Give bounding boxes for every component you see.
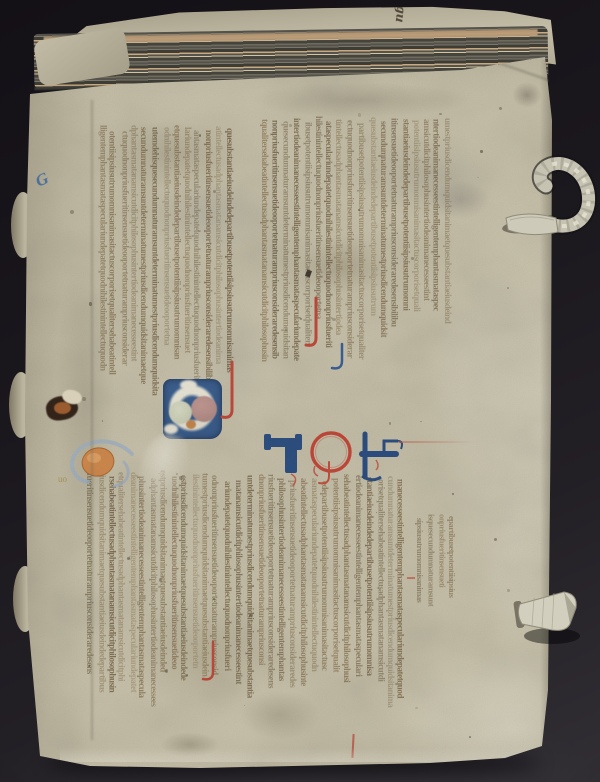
script-line: um est prius dicendum quid sit anima et … [441, 118, 452, 389]
ink-speck [249, 614, 252, 617]
ink-speck [480, 150, 482, 153]
spine-crease [91, 100, 93, 740]
blue-paraph [329, 342, 332, 361]
blue-scribble: G [36, 170, 56, 190]
ink-speck [70, 210, 74, 214]
blue-scribble: G [32, 168, 51, 191]
script-line: ma necesse est intelligentem phantasmata… [393, 479, 404, 757]
champie-pink-disc [191, 396, 217, 422]
red-hairline [398, 441, 474, 443]
ink-speck [289, 124, 291, 127]
script-line: e de partibus et potentiis ipsius utrum … [318, 481, 329, 747]
initial-blue-capital [264, 430, 308, 482]
ink-speck [411, 257, 414, 259]
script-line: abeat intellectus ad phantasmata nam sic… [297, 478, 308, 755]
script-line: it in sensu et ideo oportet naturam priu… [387, 118, 398, 403]
ink-speck [88, 665, 90, 667]
red-flourish [316, 460, 318, 476]
script-line: s ipsius utrum omnis anima s [413, 518, 424, 629]
ink-speck [203, 319, 204, 320]
ink-speck [358, 113, 361, 117]
script-line: et qualiter se habeat intellectus ad pha… [114, 472, 125, 756]
script-line: stantia eius deinde de partibus et poten… [363, 477, 374, 748]
ink-speck [420, 421, 422, 423]
ink-speck [213, 598, 215, 600]
ink-inscription: gu [393, 5, 409, 23]
script-line: potentiis ipsius utrum omnis anima sit a… [329, 478, 340, 746]
faded-letters: uo [58, 474, 67, 484]
red-paraph [200, 640, 203, 672]
script-line: in tertio de anima necesse est intellige… [290, 118, 301, 438]
script-line: que secundum naturam sunt determinatum e… [279, 121, 290, 417]
hairline-shape [398, 441, 474, 443]
ink-speck [415, 707, 418, 709]
ink-speck [469, 736, 471, 738]
ink-speck [316, 567, 318, 569]
script-line: philosophus in tertio de anima necesse e… [275, 478, 286, 751]
champie-white-blob [180, 380, 197, 390]
script-line: unt determinatum est prius dicendum quid… [243, 475, 254, 761]
fastening-tie-lower [506, 580, 596, 652]
ink-speck [159, 578, 162, 582]
script-line: e partibus et potentiis ipsius [445, 516, 456, 633]
script-line: n tertio de anima necesse est intelligen… [430, 119, 441, 372]
ink-speck [499, 107, 502, 110]
ink-speck [291, 533, 292, 534]
red-paraph [303, 296, 306, 338]
initial-blue-ornate [356, 429, 402, 482]
red-paraph [219, 360, 222, 410]
script-line: otentiis ipsius utrum omnis anima sit ac… [105, 131, 116, 471]
script-line: se habeat intellectus ad phantasmata nam… [340, 474, 351, 751]
script-line: partibus et potentiis ipsius utrum omnis… [355, 123, 366, 450]
ink-speck [439, 113, 442, 116]
ink-speck [389, 422, 392, 425]
script-line: non prius fuerit in sensu et ideo oporte… [268, 120, 279, 446]
script-line: is que secundum naturam sunt [425, 514, 436, 629]
bottom-edge-highlight [60, 748, 530, 762]
stroke-shape [407, 577, 415, 579]
stain [512, 82, 542, 108]
script-line: ibus et potentiis ipsius utrum omnis ani… [301, 122, 312, 438]
script-line: phus in tertio de anima necesse est inte… [135, 476, 146, 766]
ink-speck [332, 318, 336, 321]
script-line: est prius dicendum quid sit anima et que… [177, 475, 188, 754]
photograph-of-manuscript-book: gu lligentem phantasmata speculari unde … [0, 0, 600, 782]
ink-speck [452, 493, 454, 495]
script-line: rius fuerit in sensu et ideo oportet nat… [265, 474, 276, 770]
stroke-shape [305, 269, 312, 277]
script-line: ectu quod non prius fuerit in sensu et i… [344, 120, 355, 441]
paint-smudge [140, 434, 186, 510]
script-line: prius fuerit in sensu et ideo oportet na… [286, 480, 297, 764]
script-line: utem de his que secundum naturam sunt de… [149, 127, 160, 461]
ink-speck [507, 287, 509, 289]
champie-white-blob [164, 424, 178, 434]
initial-fragment-orange: uo [60, 432, 146, 496]
front-cover-parchment: lligentem phantasmata speculari unde pat… [0, 0, 600, 782]
tear-leather [54, 402, 71, 414]
decorated-initial-block [163, 379, 222, 439]
script-line: mata nam sicut dicit philosophus in tert… [232, 480, 243, 761]
script-line: stantia eius deinde de partibus et poten… [399, 119, 410, 378]
vellum-tear [44, 390, 88, 426]
champie-ground [163, 379, 222, 439]
ink-blot [306, 270, 311, 277]
ink-speck [377, 587, 380, 589]
script-line: ari unde patet quod nihil est in intelle… [221, 481, 232, 748]
script-line: od non prius fuerit in sensu et ideo opo… [208, 475, 219, 748]
champie-orange-dot [186, 420, 196, 429]
script-line: secundum naturam sunt determinatum est p… [137, 127, 148, 447]
fastening-tie-upper [498, 148, 598, 260]
red-dash [407, 577, 415, 579]
ink-speck [358, 209, 360, 210]
script-line: ertio de anima necesse est intelligentem… [352, 475, 363, 739]
script-line: est prius dicendum quid sit anima et que… [157, 470, 168, 743]
